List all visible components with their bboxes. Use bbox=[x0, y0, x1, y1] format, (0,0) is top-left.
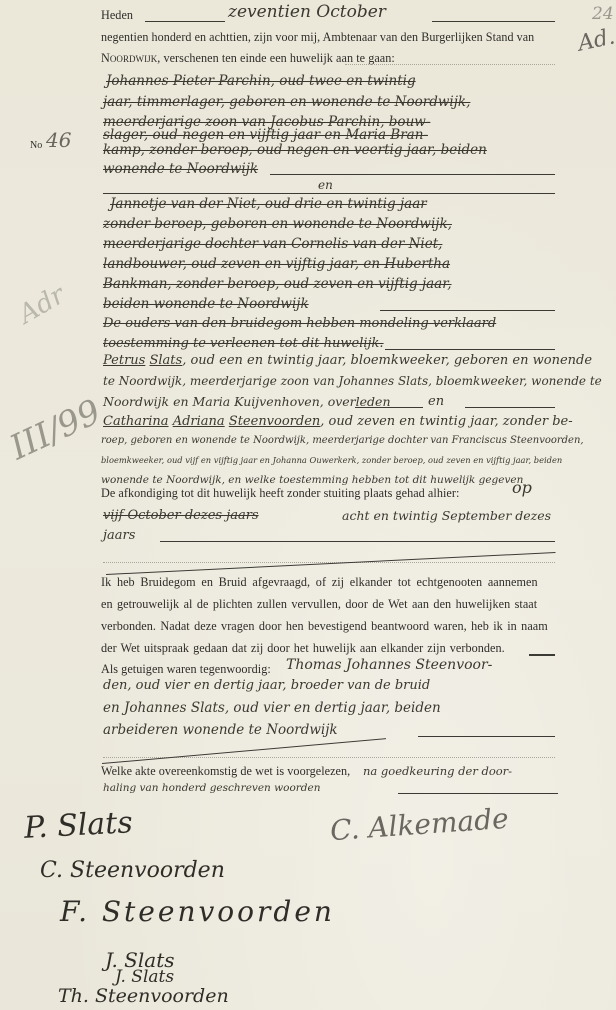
signature-witness-3: Th. Steenvoorden bbox=[58, 985, 229, 1007]
en-label-2: en bbox=[428, 394, 444, 409]
signature-groom: P. Slats bbox=[23, 805, 133, 846]
municipality: Noordwijk bbox=[101, 51, 157, 65]
struck-line: beiden wonende te Noordwijk bbox=[103, 296, 309, 312]
heden-label: Heden bbox=[101, 8, 133, 23]
groom-line-1: Petrus Slats, oud een en twintig jaar, b… bbox=[103, 353, 592, 368]
header-line-3-rest: , verschenen ten einde een huwelijk aan … bbox=[157, 51, 395, 65]
vows-line-4: der Wet uitspraak gedaan dat zij door he… bbox=[101, 641, 505, 656]
fill-rule bbox=[380, 310, 555, 311]
bride-line-4: wonende te Noordwijk, en welke toestemmi… bbox=[101, 474, 523, 486]
date-rule-left bbox=[145, 21, 225, 22]
en-label: en bbox=[318, 178, 333, 192]
bride-first-name: Catharina bbox=[103, 414, 169, 429]
fill-rule bbox=[398, 793, 558, 794]
struck-line: Jannetje van der Niet, oud drie en twint… bbox=[110, 196, 427, 212]
struck-note-line: toestemming te verleenen tot dit huwelij… bbox=[103, 336, 384, 351]
witness-line-1: Thomas Johannes Steenvoor- bbox=[286, 657, 492, 673]
struck-line: meerderjarige dochter van Cornelis van d… bbox=[103, 236, 442, 252]
witness-line-4: arbeideren wonende te Noordwijk bbox=[103, 722, 338, 738]
fill-rule bbox=[270, 174, 555, 175]
fill-rule bbox=[465, 407, 555, 408]
signature-witness-2: J. Slats bbox=[115, 967, 174, 987]
struck-line: wonende te Noordwijk bbox=[103, 161, 258, 177]
signature-bride: C. Steenvoorden bbox=[40, 858, 225, 883]
fill-rule bbox=[355, 407, 423, 408]
vows-line-3: verbonden. Nadat deze vragen door hen be… bbox=[101, 619, 548, 634]
strike-diagonal bbox=[102, 738, 386, 764]
struck-line: Bankman, zonder beroep, oud zeven en vij… bbox=[103, 276, 452, 292]
bride-line-1: Catharina Adriana Steenvoorden, oud zeve… bbox=[103, 414, 573, 429]
groom-first-name: Petrus bbox=[103, 353, 145, 368]
header-line-2: negentien honderd en achttien, zijn voor… bbox=[101, 30, 534, 45]
date-rule-right bbox=[432, 21, 555, 22]
strike-diagonal bbox=[106, 552, 556, 575]
closing-handwritten: na goedkeuring der door- bbox=[363, 764, 512, 778]
vows-line-2: en getrouwelijk al de plichten zullen ve… bbox=[101, 597, 537, 612]
witnesses-printed: Als getuigen waren tegenwoordig: bbox=[101, 662, 271, 677]
record-number: 46 bbox=[46, 128, 71, 152]
struck-line: landbouwer, oud zeven en vijftig jaar, e… bbox=[103, 256, 450, 272]
signature-bride-parent: F. Steenvoorden bbox=[60, 895, 335, 928]
bride-line-3: bloemkweeker, oud vijf en vijftig jaar e… bbox=[101, 455, 562, 465]
proclamation-handwritten: acht en twintig September dezes bbox=[342, 508, 551, 523]
closing-printed: Welke akte overeenkomstig de wet is voor… bbox=[101, 764, 350, 779]
bride-surname: Steenvoorden bbox=[229, 414, 321, 429]
struck-line: kamp, zonder beroep, oud negen en veerti… bbox=[103, 142, 487, 158]
fill-rule bbox=[385, 349, 555, 350]
proclamation-handwritten-2: jaars bbox=[103, 528, 135, 543]
bride-line-2: roep, geboren en wonende te Noordwijk, m… bbox=[101, 435, 584, 446]
proclamation-printed: De afkondiging tot dit huwelijk heeft zo… bbox=[101, 486, 459, 501]
witness-line-2: den, oud vier en dertig jaar, broeder va… bbox=[103, 678, 430, 693]
struck-line: Johannes Pieter Parchin, oud twee en twi… bbox=[106, 73, 416, 89]
margin-pencil-mark: Adr bbox=[14, 280, 70, 330]
closing-handwritten-2: haling van honderd geschreven woorden bbox=[103, 782, 321, 794]
struck-note-line: De ouders van den bruidegom hebben monde… bbox=[103, 316, 496, 331]
fill-rule bbox=[529, 654, 555, 656]
struck-line: slager, oud negen en vijftig jaar en Mar… bbox=[103, 127, 428, 143]
groom-line-3: Noordwijk en Maria Kuijvenhoven, overled… bbox=[103, 394, 391, 409]
fill-rule bbox=[418, 736, 555, 737]
signature-registrar: C. Alkemade bbox=[329, 802, 510, 847]
struck-line: zonder beroep, geboren en wonende te Noo… bbox=[103, 216, 452, 232]
groom-details: , oud een en twintig jaar, bloemkweeker,… bbox=[182, 353, 592, 368]
bride-middle-name: Adriana bbox=[173, 414, 225, 429]
en-rule-full bbox=[103, 193, 555, 194]
bride-details: , oud zeven en twintig jaar, zonder be- bbox=[320, 414, 572, 429]
record-number-label: No bbox=[30, 140, 42, 151]
margin-initials: Ad. bbox=[576, 24, 616, 56]
margin-reference: III/99 bbox=[4, 392, 107, 468]
vows-line-1: Ik heb Bruidegom en Bruid afgevraagd, of… bbox=[101, 575, 538, 590]
fill-rule bbox=[160, 541, 555, 542]
witness-line-3: en Johannes Slats, oud vier en dertig ja… bbox=[103, 700, 441, 716]
proclamation-struck: vijf October dezes jaars bbox=[103, 508, 259, 523]
date-handwritten: zeventien October bbox=[228, 2, 386, 22]
proclamation-prefix: op bbox=[512, 478, 532, 497]
groom-surname: Slats bbox=[149, 353, 182, 368]
document-page: 24 Ad. Heden zeventien October negentien… bbox=[0, 0, 616, 1010]
struck-line: jaar, timmerlager, geboren en wonende te… bbox=[103, 94, 470, 110]
page-number: 24 bbox=[592, 4, 614, 24]
groom-line-2: te Noordwijk, meerderjarige zoon van Joh… bbox=[103, 374, 602, 388]
dotted-rule bbox=[345, 64, 555, 65]
